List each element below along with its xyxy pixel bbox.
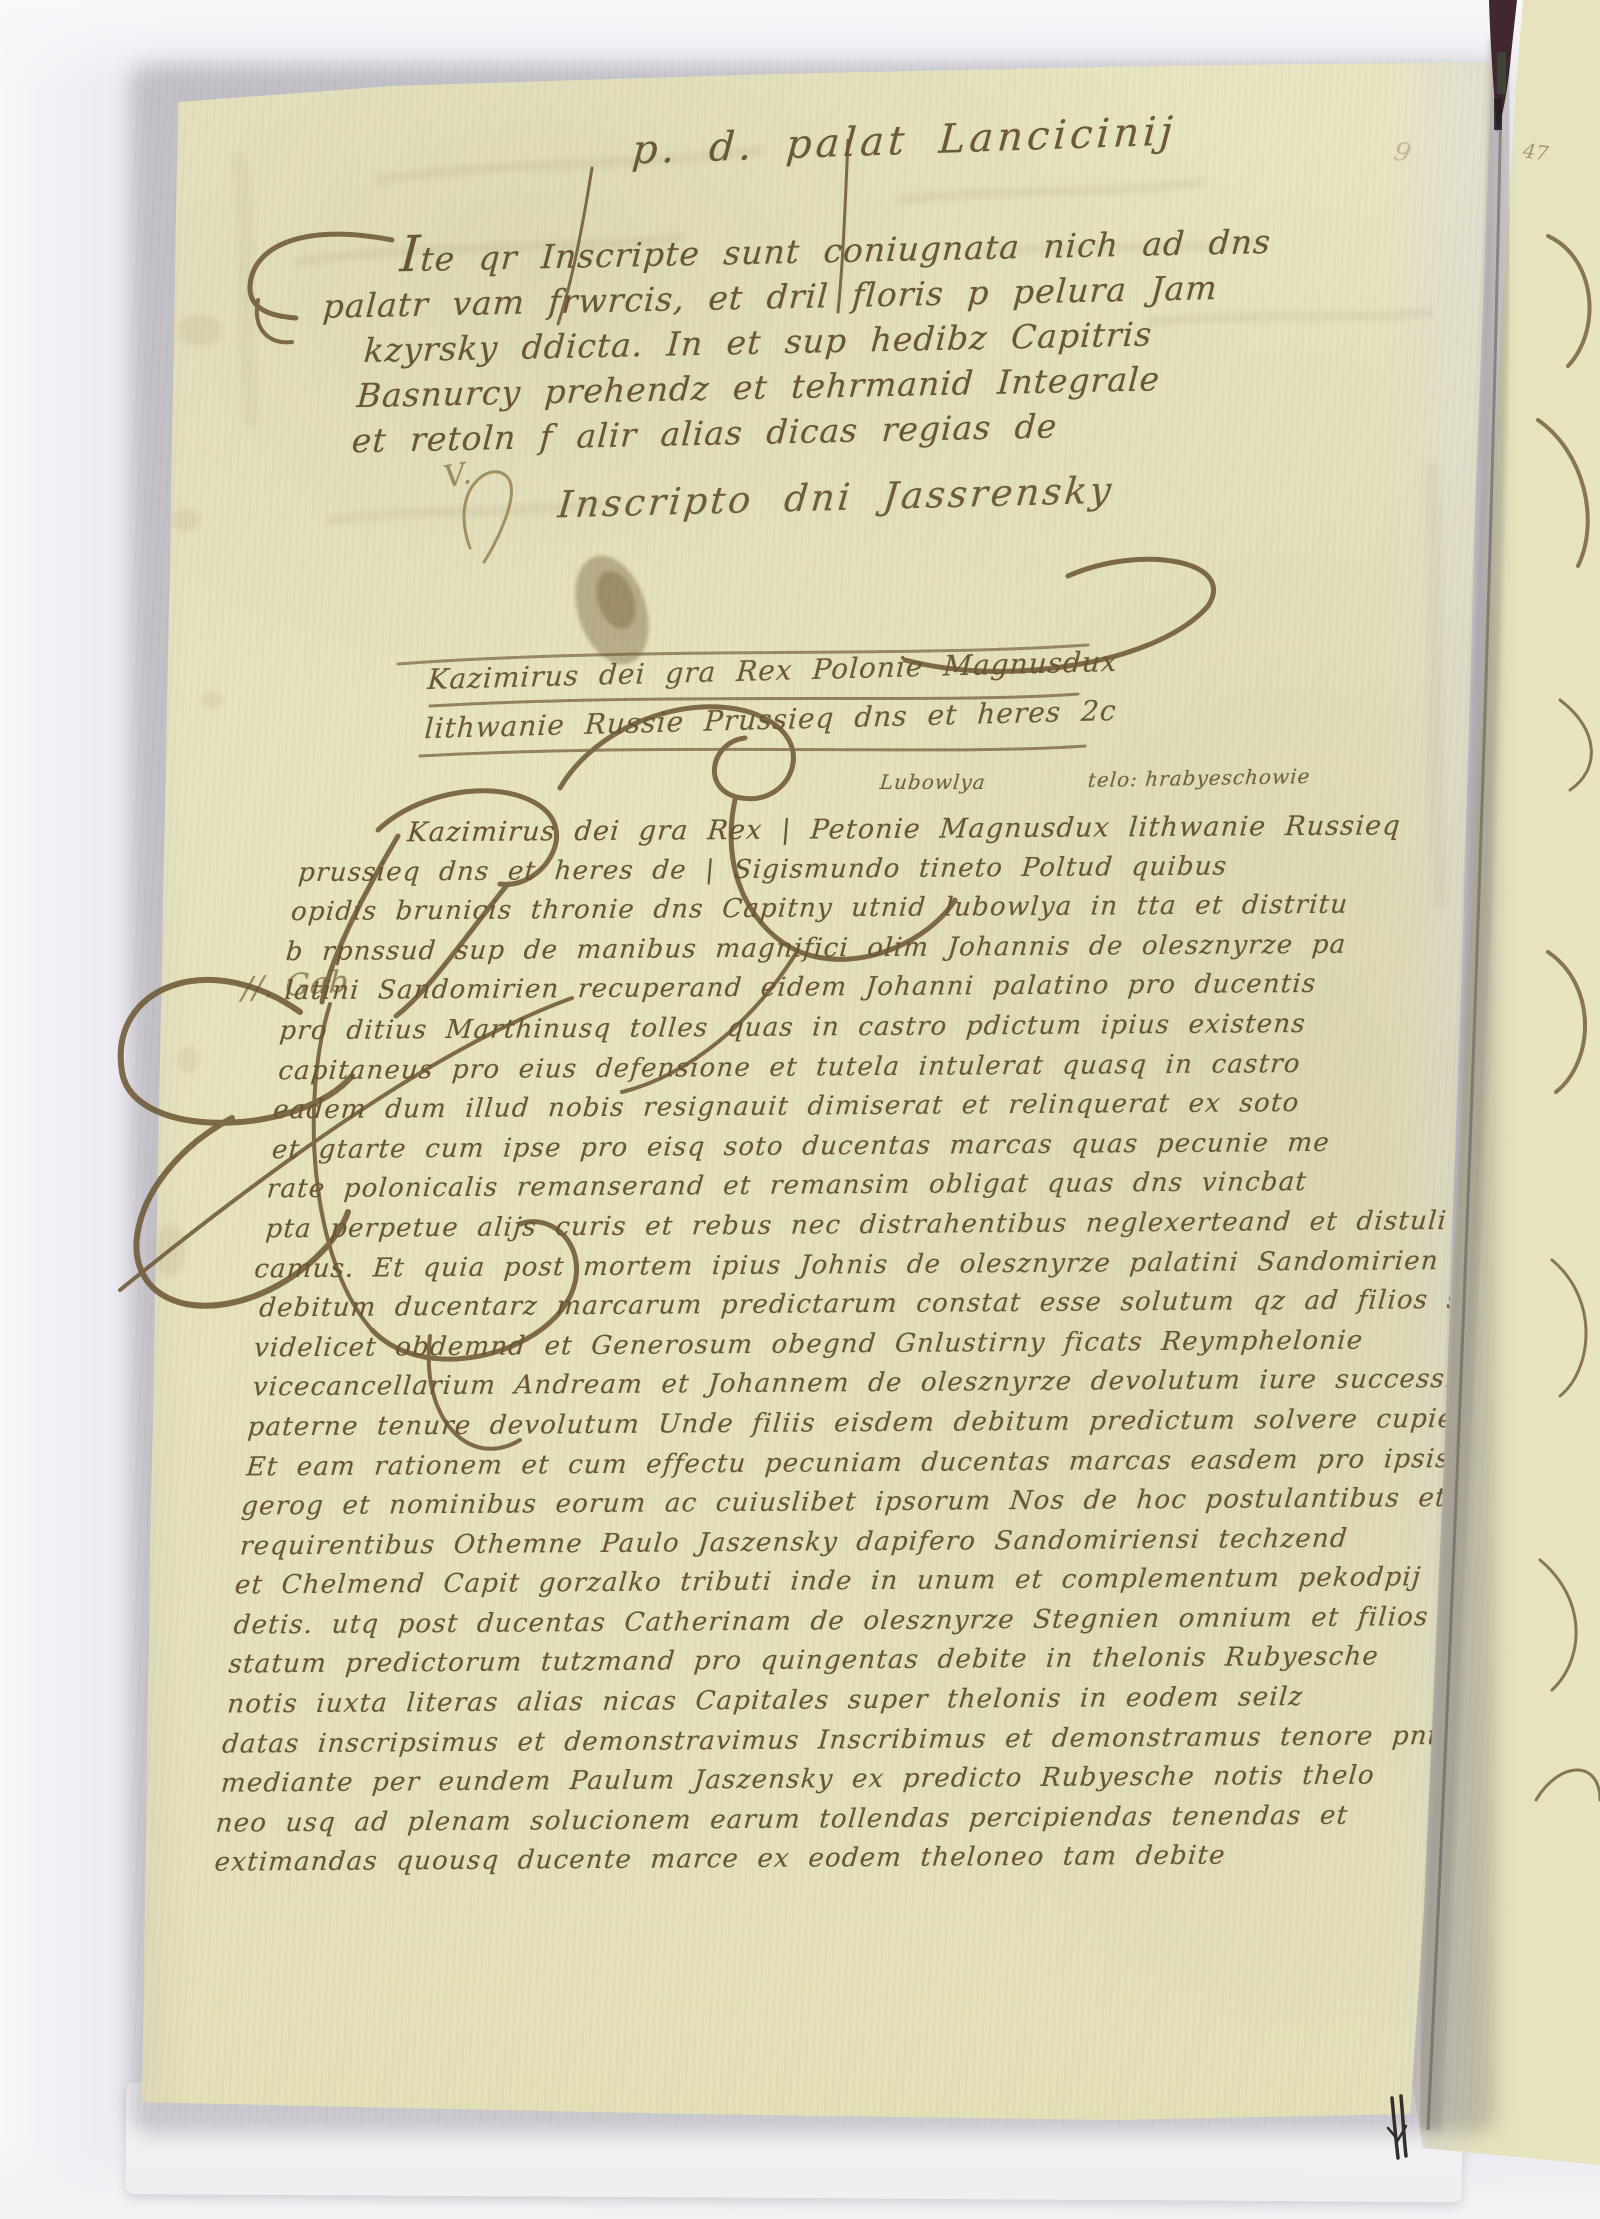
inscription-line: Inscripto dni Jassrensky <box>556 469 1116 527</box>
interlinear-note-right: telo: hrabyeschowie <box>1087 764 1312 792</box>
interlinear-note-left: Lubowlya <box>879 770 987 794</box>
manuscript-page: p. d. palat Lancicinij 9 Ite qr Inscript… <box>132 60 1492 2124</box>
royal-title-lines: Kazimirus dei gra Rex Polonie Magnusdux … <box>423 637 1121 753</box>
page-heading: p. d. palat Lancicinij <box>631 108 1178 173</box>
inscription-prefix-mark: V. <box>441 456 475 495</box>
body-line: extimandas quousq ducente marce ex eodem… <box>213 1835 1466 1883</box>
recto-folio-mark: 9 <box>1391 137 1414 170</box>
facing-page-folio-number: 47 <box>1521 138 1550 165</box>
main-text-block: Kazimirus dei gra Rex | Petonie Magnusdu… <box>211 805 1547 1883</box>
intro-paragraph: Ite qr Inscripte sunt coniugnata nich ad… <box>312 214 1272 464</box>
